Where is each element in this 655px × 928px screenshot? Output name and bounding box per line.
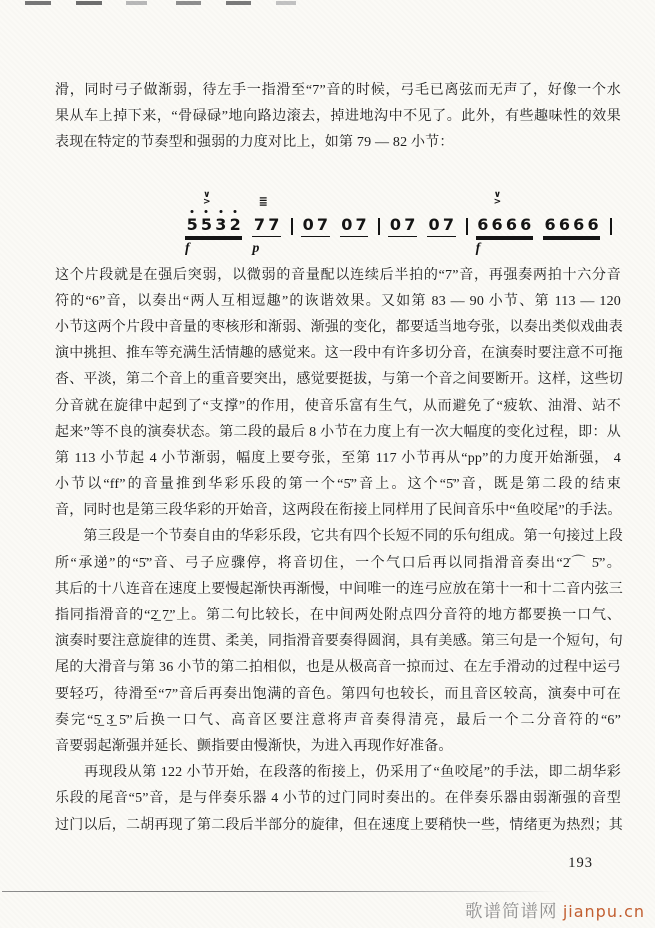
text-line: 再现段从第 122 小节开始，在段落的衔接上，仍采用了“鱼咬尾”的手法，即二胡华… (55, 760, 621, 786)
scan-dash (76, 1, 102, 5)
watermark-site-name: 歌谱简谱网 (465, 901, 558, 921)
jianpu-notation-bars-79-82: ∨>5532f≣77p07070707∨>6666f6666 (185, 181, 621, 237)
text-line: 乐段的尾音“5”音，是与伴奏乐器 4 小节的过门同时奏出的。在伴奏乐器由弱渐强的… (55, 786, 621, 812)
jianpu-note: 7 (441, 216, 455, 234)
tremolo-mark-icon: ≣ (259, 197, 268, 207)
para-fragment-analysis: 这个片段就是在强后突弱，以微弱的音量配以连续后半拍的“7”音，再强奏两拍十六分音… (55, 263, 621, 525)
scan-dash (25, 1, 51, 5)
text-line: 尾的大滑音与第 36 小节的第二拍相似，也是从极高音一掠而过、在左手滑动的过程中… (55, 655, 621, 681)
jianpu-note: 0 (388, 216, 402, 234)
watermark: 歌谱简谱网 jianpu.cn (465, 898, 645, 923)
jianpu-note: 6 (543, 216, 557, 234)
dynamic-marking: f (185, 243, 190, 255)
barline (610, 218, 612, 235)
text-line: 分音就在旋律中起到了“支撑”的作用，使音乐富有生气，从而避免了“疲软、油滑、站不 (55, 394, 621, 420)
note-group: 07 (301, 215, 330, 237)
jianpu-note: 7 (315, 216, 329, 234)
beamed-notes: 07 (301, 216, 330, 237)
text-line: 音，同时也是第三段华彩的开始音，这两段在衔接上同样用了民间音乐中“鱼咬尾”的手法… (55, 498, 621, 524)
dynamic-marking: p (252, 243, 259, 255)
para-recap-section: 再现段从第 122 小节开始，在段落的衔接上，仍采用了“鱼咬尾”的手法，即二胡华… (55, 760, 621, 839)
beamed-notes: 07 (388, 216, 417, 237)
book-page: 滑，同时弓子做渐弱，待左手一指滑至“7”音的时候，弓毛已离弦而无声了，好像一个水… (0, 0, 655, 928)
text-line: 要轻巧，待滑至“7”音后再奏出饱满的音色。第四句也较长，而且音区较高，演奏中可在 (55, 682, 621, 708)
dynamic-marking: f (476, 243, 481, 255)
beamed-notes: 5532 (185, 216, 242, 237)
text-before-notation: 滑，同时弓子做渐弱，待左手一指滑至“7”音的时候，弓毛已离弦而无声了，好像一个水… (55, 78, 621, 157)
jianpu-note: 5 (199, 216, 213, 234)
watermark-domain: jianpu.cn (563, 902, 645, 921)
jianpu-note: 6 (490, 216, 504, 234)
text-line: 起来”等不良的演奏状态。第二段的最后 8 小节在力度上有一次大幅度的变化过程，即… (55, 420, 621, 446)
text-after-notation: 这个片段就是在强后突弱，以微弱的音量配以连续后半拍的“7”音，再强奏两拍十六分音… (55, 263, 621, 839)
beamed-notes: 6666 (476, 216, 533, 237)
jianpu-note: 7 (252, 216, 266, 234)
barline (378, 218, 380, 235)
note-group: 07 (388, 215, 417, 237)
page-body-text: 滑，同时弓子做渐弱，待左手一指滑至“7”音的时候，弓毛已离弦而无声了，好像一个水… (55, 78, 621, 872)
scan-dash (226, 1, 251, 5)
text-line: 小节这两个片段中音量的枣核形和渐弱、渐强的变化，都要适当地夸张，以奏出类似戏曲表 (55, 315, 621, 341)
jianpu-note: 6 (572, 216, 586, 234)
jianpu-note: 3 (214, 216, 228, 234)
accent-mark-icon: > (494, 199, 502, 207)
note-group: ∨>6666f (476, 215, 533, 237)
jianpu-note: 5 (185, 216, 199, 234)
text-line: 符的“6”音，以奏出“两人互相逗趣”的诙谐效果。又如第 83 — 90 小节、第… (55, 289, 621, 315)
text-line: 第三段是一个节奏自由的华彩乐段，它共有四个长短不同的乐句组成。第一句接过上段 (55, 524, 621, 550)
text-line: 小节以“ff”的音量推到华彩乐段的第一个“5̇”音上。这个“5̇”音，既是第二段… (55, 472, 621, 498)
text-line: 这个片段就是在强后突弱，以微弱的音量配以连续后半拍的“7”音，再强奏两拍十六分音 (55, 263, 621, 289)
articulation-marks: ≣ (259, 197, 268, 207)
beamed-notes: 6666 (543, 216, 600, 237)
beamed-notes: 07 (340, 216, 369, 237)
jianpu-note: 6 (476, 216, 490, 234)
para-continuation: 滑，同时弓子做渐弱，待左手一指滑至“7”音的时候，弓毛已离弦而无声了，好像一个水… (55, 78, 621, 157)
text-line: 表现在特定的节奏型和强弱的力度对比上，如第 79 — 82 小节： (55, 130, 621, 156)
jianpu-note: 0 (427, 216, 441, 234)
note-group: ≣77p (252, 215, 281, 237)
accent-mark-icon: > (203, 199, 211, 207)
text-line: 滑，同时弓子做渐弱，待左手一指滑至“7”音的时候，弓毛已离弦而无声了，好像一个水 (55, 78, 621, 104)
text-line: 其后的十八连音在速度上要慢起渐快再渐慢，中间唯一的连弓应放在第十一和十二音内弦三 (55, 577, 621, 603)
jianpu-note: 2 (228, 216, 242, 234)
note-group: ∨>5532f (185, 215, 242, 237)
jianpu-note: 7 (403, 216, 417, 234)
text-line: 演奏时要注意旋律的连贯、柔美，同指滑音要奏得圆润，具有美感。第三句是一个短句，句 (55, 629, 621, 655)
text-line: 演中挑担、推车等充满生活情趣的感觉来。这一段中有许多切分音，在演奏时要注意不可拖 (55, 341, 621, 367)
note-group: 07 (427, 215, 456, 237)
jianpu-note: 7 (354, 216, 368, 234)
scan-line-artifact (2, 891, 558, 892)
jianpu-note: 0 (340, 216, 354, 234)
jianpu-note: 6 (504, 216, 518, 234)
articulation-marks: ∨> (203, 192, 211, 207)
text-line: 奏完“5̲̇ 3̲̇ 5̇”后换一口气、高音区要注意将声音奏得清亮，最后一个二分… (55, 708, 621, 734)
barline (291, 218, 293, 235)
text-line: 音要弱起渐强并延长、颤指要由慢渐快，为进入再现作好准备。 (55, 734, 621, 760)
note-group: 6666 (543, 215, 600, 237)
scan-dash (176, 1, 201, 5)
text-line: 过门以后，二胡再现了第二段后半部分的旋律，但在速度上要稍快一些，情绪更为热烈；其 (55, 813, 621, 839)
jianpu-note: 6 (519, 216, 533, 234)
text-line: 沓、平淡，第二个音上的重音要突出，感觉要挺拔，与第一个音之间要断开。这样，这些切 (55, 367, 621, 393)
jianpu-note: 6 (557, 216, 571, 234)
scan-dash (276, 1, 296, 5)
articulation-marks: ∨> (494, 192, 502, 207)
text-line: 第 113 小节起 4 小节渐弱，幅度上要夸张，至第 117 小节再从“pp”的… (55, 446, 621, 472)
jianpu-note: 6 (586, 216, 600, 234)
text-line: 所“承递”的“5̇”音、弓子应骤停，将音切住，一个气口后再以同指滑音奏出“2̇⌒… (55, 551, 621, 577)
barline (466, 218, 468, 235)
jianpu-note: 7 (267, 216, 281, 234)
note-group: 07 (340, 215, 369, 237)
para-third-section: 第三段是一个节奏自由的华彩乐段，它共有四个长短不同的乐句组成。第一句接过上段所“… (55, 524, 621, 760)
jianpu-note: 0 (301, 216, 315, 234)
text-line: 果从车上掉下来，“骨碌碌”地向路边滚去，掉进地沟中不见了。此外，有些趣味性的效果 (55, 104, 621, 130)
text-line: 指同指滑音的“2̲̇ 7̲”上。第二句比较长，在中间两处附点四分音符的地方都要换… (55, 603, 621, 629)
scan-dash (126, 1, 147, 5)
beamed-notes: 07 (427, 216, 456, 237)
beamed-notes: 77 (252, 216, 281, 237)
page-number: 193 (55, 855, 621, 872)
